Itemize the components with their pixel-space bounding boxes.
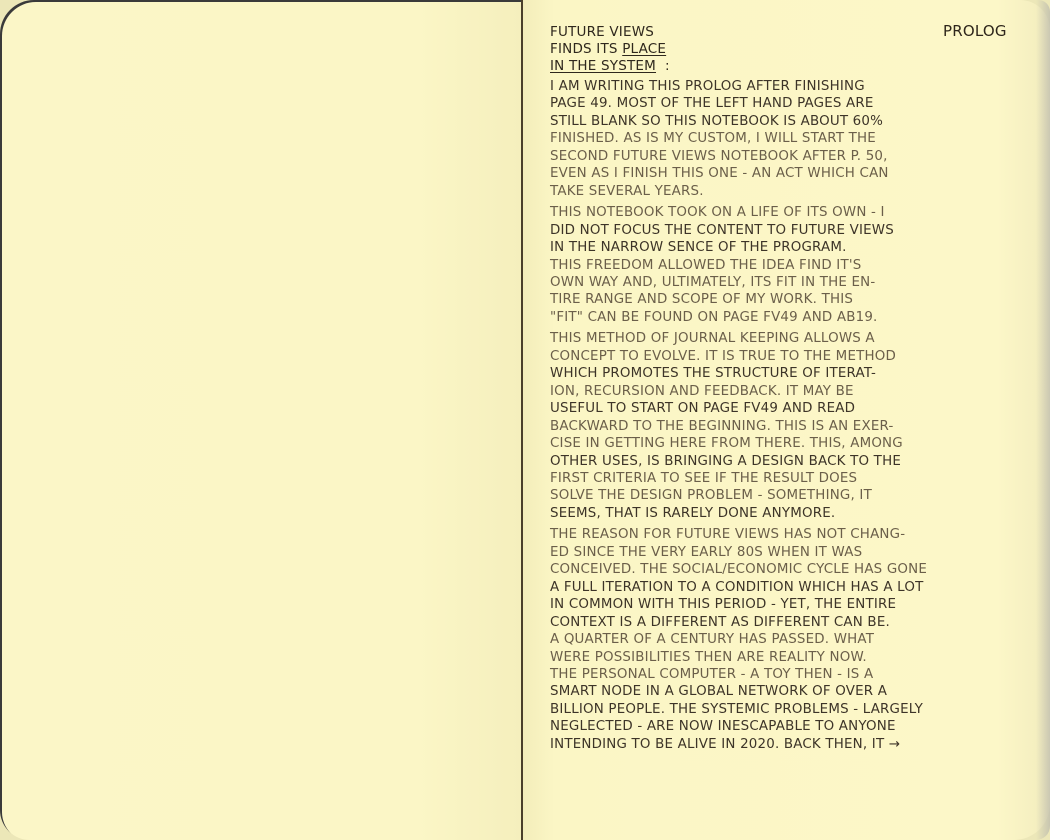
text-line: WERE POSSIBILITIES THEN ARE REALITY NOW. bbox=[550, 649, 1020, 666]
text-line: CISE IN GETTING HERE FROM THERE. THIS, A… bbox=[550, 435, 1020, 452]
right-page-prolog: PROLOG FUTURE VIEWS FINDS ITS PLACE IN T… bbox=[523, 0, 1050, 840]
text-line: THIS METHOD OF JOURNAL KEEPING ALLOWS A bbox=[550, 330, 1020, 347]
title-colon: : bbox=[665, 58, 670, 75]
page-edge-shadow bbox=[1036, 0, 1050, 840]
text-line: WHICH PROMOTES THE STRUCTURE OF ITERAT- bbox=[550, 365, 1020, 382]
text-line: SOLVE THE DESIGN PROBLEM - SOMETHING, IT bbox=[550, 487, 1020, 504]
text-line: SEEMS, THAT IS RARELY DONE ANYMORE. bbox=[550, 505, 1020, 522]
paragraph-3: THIS METHOD OF JOURNAL KEEPING ALLOWS A … bbox=[550, 330, 1020, 522]
title-line-1: FUTURE VIEWS bbox=[550, 24, 666, 41]
title-underlined-word: PLACE bbox=[622, 41, 666, 57]
text-line: FIRST CRITERIA TO SEE IF THE RESULT DOES bbox=[550, 470, 1020, 487]
title-underlined-word: SYSTEM bbox=[601, 58, 656, 74]
text-line: CONTEXT IS A DIFFERENT AS DIFFERENT CAN … bbox=[550, 614, 1020, 631]
left-page-blank bbox=[0, 0, 521, 840]
text-line: SMART NODE IN A GLOBAL NETWORK OF OVER A bbox=[550, 683, 1020, 700]
text-line: I AM WRITING THIS PROLOG AFTER FINISHING bbox=[550, 78, 1020, 95]
prolog-title: FUTURE VIEWS FINDS ITS PLACE IN THE SYST… bbox=[550, 24, 666, 75]
text-line: THE PERSONAL COMPUTER - A TOY THEN - IS … bbox=[550, 666, 1020, 683]
title-line-3: IN THE SYSTEM bbox=[550, 58, 666, 75]
text-line: NEGLECTED - ARE NOW INESCAPABLE TO ANYON… bbox=[550, 718, 1020, 735]
text-line: TIRE RANGE AND SCOPE OF MY WORK. THIS bbox=[550, 291, 1020, 308]
text-line: INTENDING TO BE ALIVE IN 2020. BACK THEN… bbox=[550, 736, 1020, 753]
paragraph-1: I AM WRITING THIS PROLOG AFTER FINISHING… bbox=[550, 78, 1020, 200]
text-line: STILL BLANK SO THIS NOTEBOOK IS ABOUT 60… bbox=[550, 113, 1020, 130]
title-text: FUTURE VIEWS bbox=[550, 24, 654, 40]
text-line: ED SINCE THE VERY EARLY 80s WHEN IT WAS bbox=[550, 544, 1020, 561]
text-line: THIS FREEDOM ALLOWED THE IDEA FIND IT'S bbox=[550, 257, 1020, 274]
title-line-2: FINDS ITS PLACE bbox=[550, 41, 666, 58]
text-line: CONCEPT TO EVOLVE. IT IS TRUE TO THE MET… bbox=[550, 348, 1020, 365]
text-line: IN THE NARROW SENCE OF THE PROGRAM. bbox=[550, 239, 1020, 256]
text-line: EVEN AS I FINISH THIS ONE - AN ACT WHICH… bbox=[550, 165, 1020, 182]
page-label: PROLOG bbox=[943, 22, 1007, 40]
text-line: TAKE SEVERAL YEARS. bbox=[550, 183, 1020, 200]
title-text: IN THE bbox=[550, 58, 601, 74]
text-line: DID NOT FOCUS THE CONTENT TO FUTURE VIEW… bbox=[550, 222, 1020, 239]
paragraph-2: THIS NOTEBOOK TOOK ON A LIFE OF ITS OWN … bbox=[550, 204, 1020, 326]
text-line: IN COMMON WITH THIS PERIOD - YET, THE EN… bbox=[550, 596, 1020, 613]
text-line: BILLION PEOPLE. THE SYSTEMIC PROBLEMS - … bbox=[550, 701, 1020, 718]
text-line: CONCEIVED. THE SOCIAL/ECONOMIC CYCLE HAS… bbox=[550, 561, 1020, 578]
title-text: FINDS ITS bbox=[550, 41, 622, 57]
text-line: "FIT" CAN BE FOUND ON PAGE FV49 AND ab19… bbox=[550, 309, 1020, 326]
text-line: USEFUL TO START ON PAGE FV49 AND READ bbox=[550, 400, 1020, 417]
text-line: OWN WAY AND, ULTIMATELY, ITS FIT IN THE … bbox=[550, 274, 1020, 291]
text-line: SECOND FUTURE VIEWS NOTEBOOK AFTER P. 50… bbox=[550, 148, 1020, 165]
text-line: OTHER USES, IS BRINGING A DESIGN BACK TO… bbox=[550, 453, 1020, 470]
text-line: BACKWARD TO THE BEGINNING. THIS IS AN EX… bbox=[550, 418, 1020, 435]
prolog-body: I AM WRITING THIS PROLOG AFTER FINISHING… bbox=[550, 78, 1020, 757]
text-line: PAGE 49. MOST OF THE LEFT HAND PAGES ARE bbox=[550, 95, 1020, 112]
text-line: A QUARTER OF A CENTURY HAS PASSED. WHAT bbox=[550, 631, 1020, 648]
text-line: FINISHED. AS IS MY CUSTOM, I WILL START … bbox=[550, 130, 1020, 147]
paragraph-4: THE REASON FOR FUTURE VIEWS HAS NOT CHAN… bbox=[550, 526, 1020, 753]
notebook-spread: PROLOG FUTURE VIEWS FINDS ITS PLACE IN T… bbox=[0, 0, 1050, 840]
text-line: THIS NOTEBOOK TOOK ON A LIFE OF ITS OWN … bbox=[550, 204, 1020, 221]
text-line: ION, RECURSION AND FEEDBACK. IT MAY BE bbox=[550, 383, 1020, 400]
text-line: THE REASON FOR FUTURE VIEWS HAS NOT CHAN… bbox=[550, 526, 1020, 543]
text-line: A FULL ITERATION TO A CONDITION WHICH HA… bbox=[550, 579, 1020, 596]
